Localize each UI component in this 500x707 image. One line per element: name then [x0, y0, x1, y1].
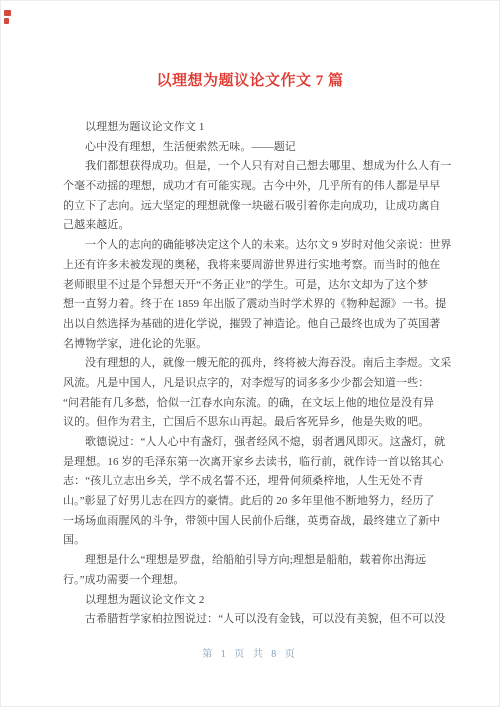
text-line: 古希腊哲学家柏拉图说过：“人可以没有金钱，可以没有美貌，但不可以没	[63, 610, 439, 630]
text-line: 是理想。16 岁的毛泽东第一次离开家乡去读书，临行前，就作诗一首以铭其心	[63, 453, 439, 473]
text-line: 想一直努力着。终于在 1859 年出版了震动当时学术界的《物种起源》一书。提	[63, 295, 439, 315]
text-line: 我们都想获得成功。但是，一个人只有对自己想去哪里、想成为什么人有一	[63, 157, 439, 177]
text-line: 出以自然选择为基础的进化学说，摧毁了神造论。他自己最终也成为了英国著	[63, 315, 439, 335]
text-line: 己越来越近。	[63, 216, 439, 236]
document-body: 以理想为题议论文作文 1心中没有理想，生活便索然无味。——题记我们都想获得成功。…	[63, 118, 439, 630]
text-line: 一个人的志向的确能够决定这个人的未来。达尔文 9 岁时对他父亲说：世界	[63, 236, 439, 256]
text-line: 风流。凡是中国人，凡是识点字的，对李煜写的词多多少少都会知道一些：	[63, 374, 439, 394]
text-line: 没有理想的人，就像一艘无舵的孤舟，终将被大海吞没。南后主李煜。文采	[63, 354, 439, 374]
text-line: 的立下了志向。远大坚定的理想就像一块磁石吸引着你走向成功，让成功离自	[63, 197, 439, 217]
footer-page-indicator: 第 1 页 共 8 页	[202, 649, 298, 660]
text-line: 以理想为题议论文作文 2	[63, 591, 439, 611]
text-line: 国。	[63, 531, 439, 551]
document-title: 以理想为题议论文作文 7 篇	[1, 72, 499, 90]
text-line: 以理想为题议论文作文 1	[63, 118, 439, 138]
text-line: 行。”成功需要一个理想。	[63, 571, 439, 591]
text-line: 个毫不动摇的理想，成功才有可能实现。古今中外，几乎所有的伟人都是早早	[63, 177, 439, 197]
text-line: 心中没有理想，生活便索然无味。——题记	[63, 138, 439, 158]
corner-mark-icon	[4, 18, 9, 24]
text-line: “问君能有几多愁，恰似一江春水向东流。的确，在文坛上他的地位是没有异	[63, 394, 439, 414]
text-line: 名博物学家，进化论的先驱。	[63, 335, 439, 355]
text-line: 志：“孩儿立志出乡关，学不成名誓不还，埋骨何须桑梓地，人生无处不青	[63, 472, 439, 492]
text-line: 歌德说过：“人人心中有盏灯，强者经风不熄，弱者遇风即灭。这盏灯，就	[63, 433, 439, 453]
text-line: 上还有许多未被发现的奥秘，我将来要周游世界进行实地考察。而当时的他在	[63, 256, 439, 276]
text-line: 一场场血雨腥风的斗争，带领中国人民前仆后继，英勇奋战，最终建立了新中	[63, 512, 439, 532]
text-line: 老师眼里不过是个异想天开“不务正业”的学生。可是，达尔文却为了这个梦	[63, 276, 439, 296]
corner-mark-icon	[4, 10, 11, 16]
text-line: 理想是什么“理想是罗盘，给船舶引导方向;理想是船舶，载着你出海远	[63, 551, 439, 571]
text-line: 山。”彰显了好男儿志在四方的豪情。此后的 20 多年里他不断地努力，经历了	[63, 492, 439, 512]
page-footer: 第 1 页 共 8 页	[1, 645, 499, 660]
text-line: 议的。但作为君主，亡国后不思东山再起。最后客死异乡，他是失败的吧。	[63, 413, 439, 433]
document-page: 以理想为题议论文作文 7 篇 以理想为题议论文作文 1心中没有理想，生活便索然无…	[0, 0, 500, 707]
